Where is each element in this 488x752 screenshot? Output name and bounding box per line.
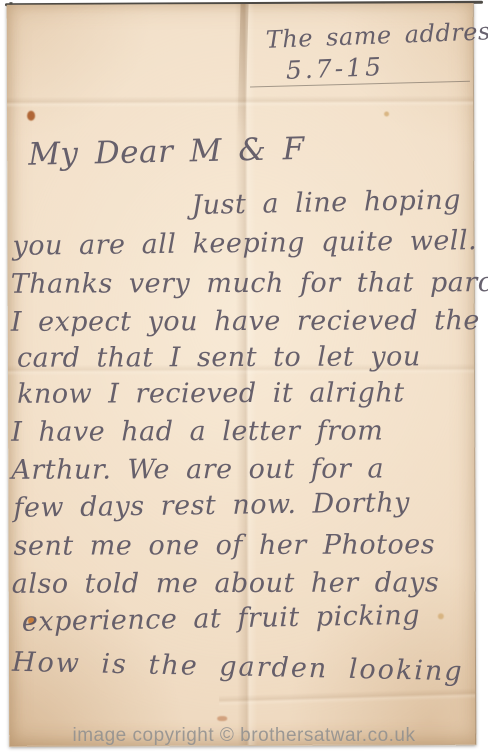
letter-line: Just a line hoping xyxy=(191,185,461,222)
watermark-text: image copyright © brothersatwar.co.uk xyxy=(0,725,488,747)
stain-spot xyxy=(27,111,35,121)
date-line: 5.7-15 xyxy=(285,52,384,85)
letter-line: experience at fruit picking xyxy=(22,600,421,638)
letter-paper: The same address 5.7-15 My Dear M & F Ju… xyxy=(7,3,477,747)
stain-spot xyxy=(438,613,444,619)
stain-spot xyxy=(384,111,389,116)
stain-spot xyxy=(217,716,227,721)
letter-line: I expect you have recieved the xyxy=(11,305,480,338)
salutation-line: My Dear M & F xyxy=(28,131,305,173)
letter-line: How is the garden looking xyxy=(12,647,464,687)
letter-line: you are all keeping quite well. xyxy=(12,225,477,262)
letter-line: few days rest now. Dorthy xyxy=(13,487,410,524)
address-line: The same address xyxy=(265,17,488,54)
letter-line: sent me one of her Photoes xyxy=(14,529,436,561)
letter-line: Thanks very much for that parcel xyxy=(11,267,488,300)
letter-line: also told me about her days xyxy=(12,567,440,599)
letter-photo: The same address 5.7-15 My Dear M & F Ju… xyxy=(0,0,488,752)
letter-line: Arthur. We are out for a xyxy=(11,454,384,486)
letter-line: know I recieved it alright xyxy=(17,377,405,409)
horizontal-crease xyxy=(7,95,473,108)
letter-line: I have had a letter from xyxy=(11,416,383,448)
horizontal-crease xyxy=(219,688,476,707)
letter-line: card that I sent to let you xyxy=(17,341,421,373)
